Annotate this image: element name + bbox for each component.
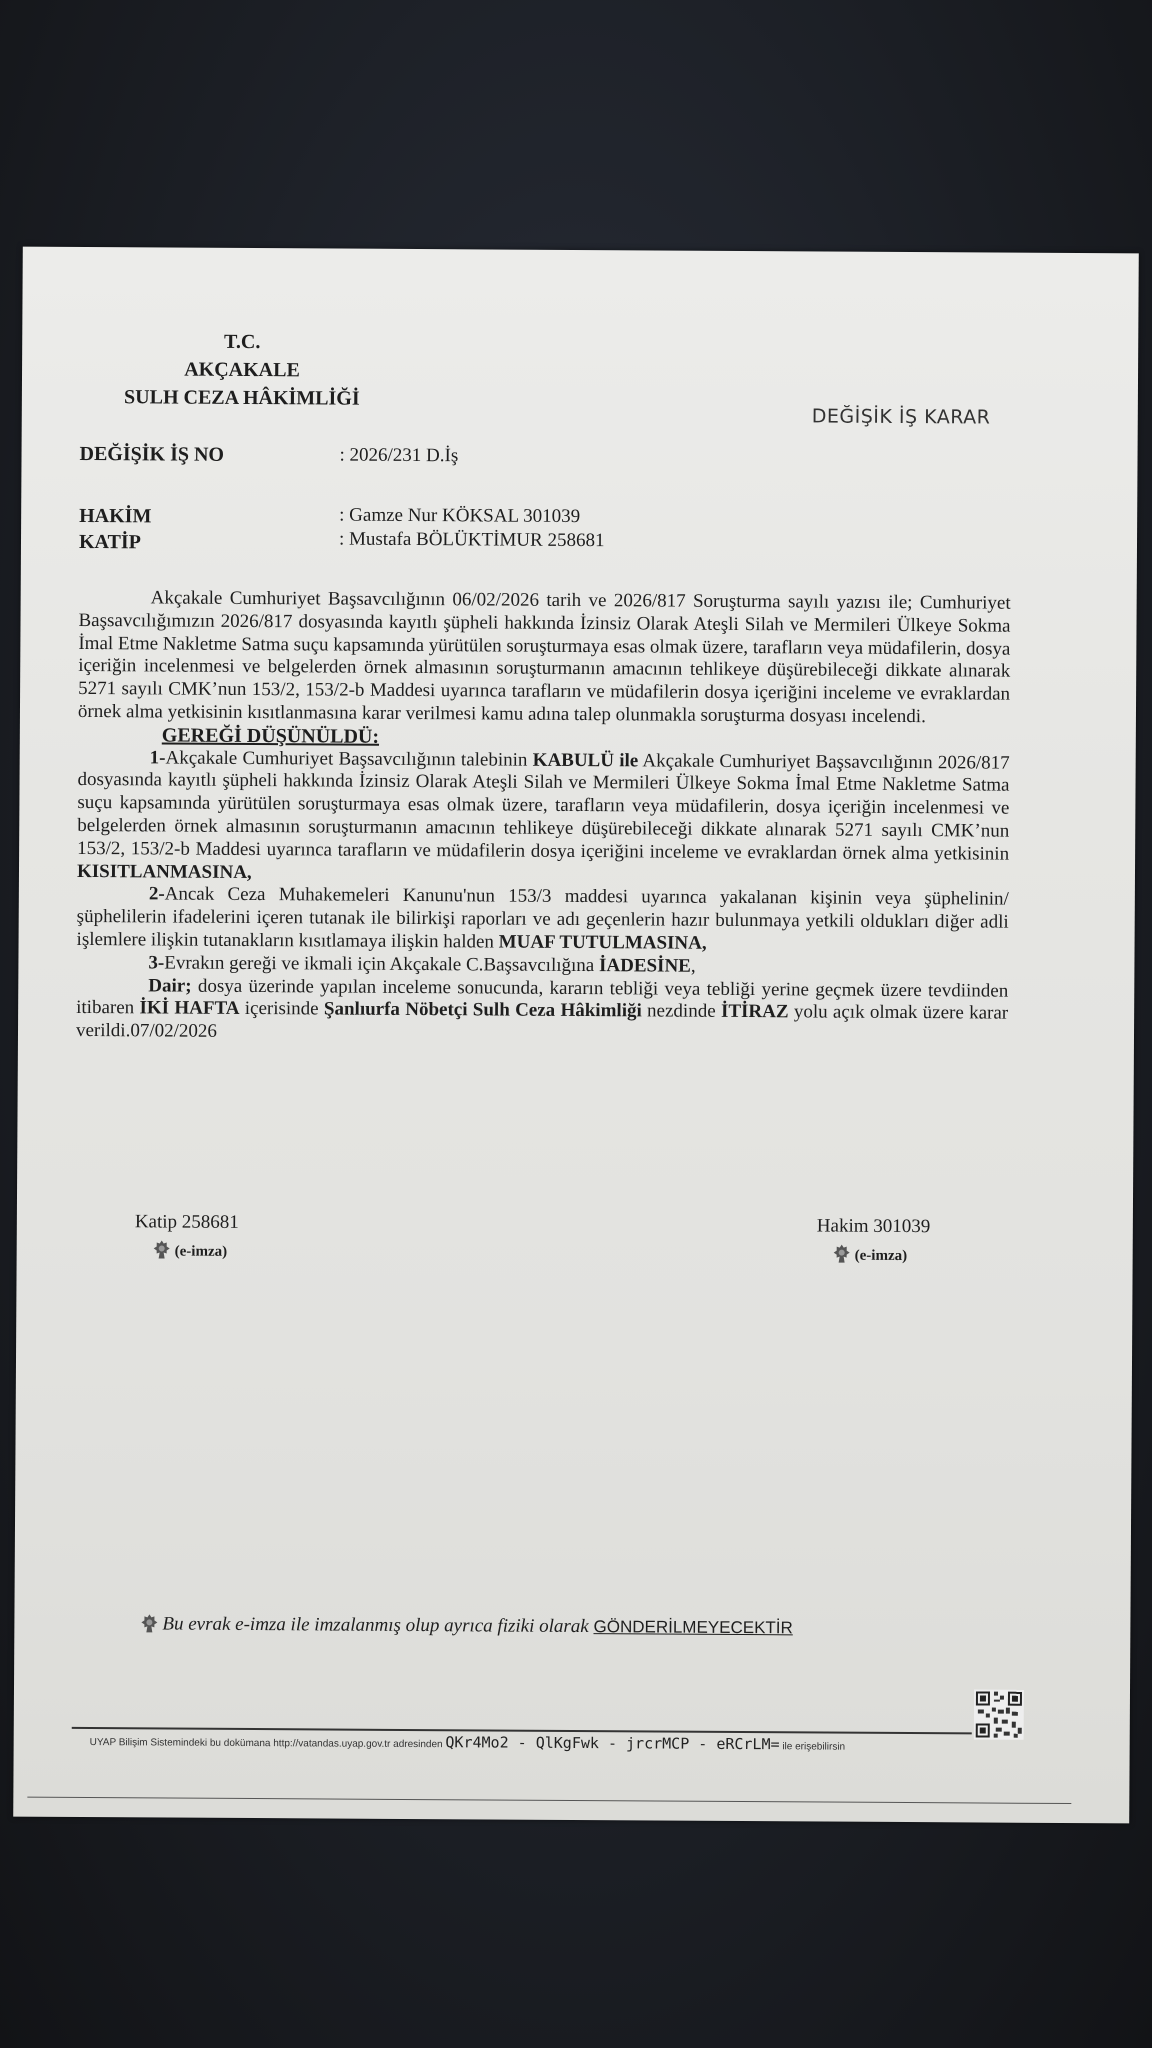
header-tc: T.C. <box>142 327 342 356</box>
objection-period: İKİ HAFTA <box>139 998 239 1020</box>
item-1-acceptance: KABULÜ ile <box>533 749 639 771</box>
item-3-number: 3- <box>148 952 164 973</box>
qr-code-icon <box>974 1686 1024 1742</box>
field-value-clerk: : Mustafa BÖLÜKTİMUR 258681 <box>339 529 605 553</box>
clerk-eimza-label: (e-imza) <box>175 1244 228 1260</box>
notice-emphasis: GÖNDERİLMEYECEKTİR <box>593 1617 792 1637</box>
signature-judge: (e-imza) <box>833 1244 908 1265</box>
item-2-exempt: MUAF TUTULMASINA, <box>499 931 707 953</box>
field-label-clerk: KATİP <box>79 531 141 554</box>
dair-label: Dair; <box>148 975 191 996</box>
decision-body: Akçakale Cumhuriyet Başsavcılığının 06/0… <box>76 587 1011 1049</box>
intro-paragraph: Akçakale Cumhuriyet Başsavcılığının 06/0… <box>78 587 1011 729</box>
signature-clerk-title: Katip 258681 <box>135 1211 239 1234</box>
dair-text-2: içerisinde <box>239 998 324 1020</box>
item-2: 2-Ancak Ceza Muhakemeleri Kanunu'nun 153… <box>76 883 1008 957</box>
item-3-text: Evrakın gereği ve ikmali için Akçakale C… <box>164 952 599 976</box>
document-type: DEĞİŞİK İŞ KARAR <box>812 405 991 428</box>
item-1: 1-Akçakale Cumhuriyet Başsavcılığının ta… <box>77 747 1010 889</box>
objection-court: Şanlıurfa Nöbetçi Sulh Ceza Hâkimliği <box>324 999 642 1022</box>
document-page: T.C. AKÇAKALE SULH CEZA HÂKİMLİĞİ DEĞİŞİ… <box>13 247 1139 1824</box>
dair-paragraph: Dair; dosya üzerinde yapılan inceleme so… <box>76 974 1008 1048</box>
item-1-restriction: KISITLANMASINA, <box>77 861 252 883</box>
signature-clerk: (e-imza) <box>153 1239 228 1260</box>
signature-judge-title: Hakim 301039 <box>817 1215 931 1238</box>
page-bottom-rule <box>27 1797 1071 1804</box>
footer-prefix: UYAP Bilişim Sistemindeki bu dokümana ht… <box>90 1737 443 1750</box>
e-signature-seal-icon <box>153 1239 171 1259</box>
item-3-return: İADESİNE <box>599 955 691 977</box>
field-label-case-no: DEĞİŞİK İŞ NO <box>79 443 224 467</box>
dair-text-3: nezdinde <box>642 1001 721 1022</box>
header-city: AKÇAKALE <box>92 355 392 385</box>
verification-code: QKr4Mo2 - QlKgFwk - jrcrMCP - eRCrLM= <box>445 1733 779 1753</box>
footer-verification: UYAP Bilişim Sistemindeki bu dokümana ht… <box>90 1731 846 1754</box>
field-value-judge: : Gamze Nur KÖKSAL 301039 <box>339 505 580 528</box>
notice-text: Bu evrak e-imza ile imzalanmış olup ayrı… <box>162 1613 593 1637</box>
field-label-judge: HAKİM <box>79 505 151 528</box>
field-value-case-no: : 2026/231 D.İş <box>339 445 458 468</box>
e-signature-seal-icon <box>140 1613 158 1633</box>
item-1-pre: Akçakale Cumhuriyet Başsavcılığının tale… <box>165 747 532 770</box>
item-3-tail: , <box>691 955 696 976</box>
e-signature-notice: Bu evrak e-imza ile imzalanmış olup ayrı… <box>140 1613 793 1639</box>
e-signature-seal-icon <box>833 1244 851 1264</box>
item-2-number: 2- <box>149 884 165 905</box>
footer-suffix: ile erişebilirsin <box>782 1741 845 1752</box>
header-court: SULH CEZA HÂKİMLİĞİ <box>62 383 422 413</box>
objection-label: İTİRAZ <box>721 1001 789 1022</box>
judge-eimza-label: (e-imza) <box>855 1248 908 1264</box>
item-1-number: 1- <box>150 747 166 768</box>
